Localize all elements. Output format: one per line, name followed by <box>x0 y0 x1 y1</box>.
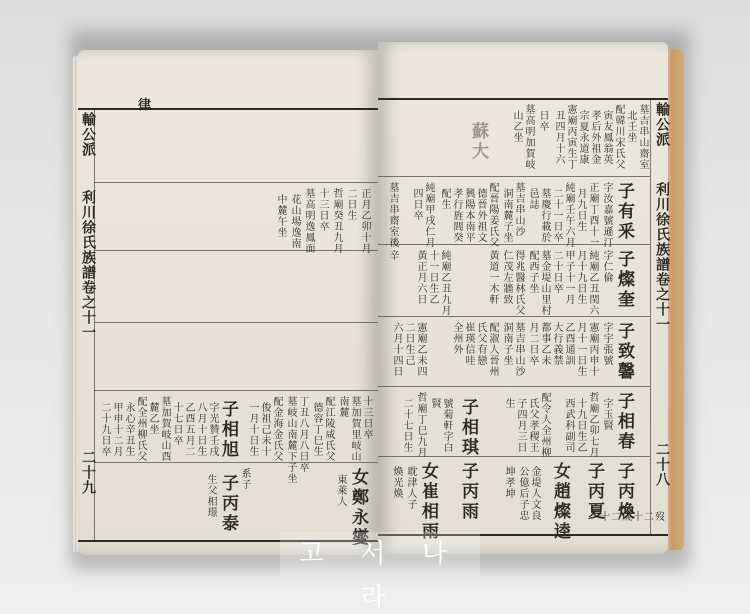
entry-text: 配金海金氏父 <box>270 396 282 462</box>
entry-text: 永心辛丑生 <box>122 402 134 457</box>
entry-text: 純廟乙丑閏六 <box>586 250 598 316</box>
entry-text: 月十一日生 <box>574 322 586 377</box>
entry-text: 乙酉五月二 <box>182 402 194 457</box>
entry-text: 配韓川宋氏父 <box>612 104 624 170</box>
watermark: 고 서 나 라 <box>280 532 480 576</box>
person-name: 子相旭 <box>218 400 237 460</box>
entry-text: 一月十日生 <box>246 402 258 457</box>
entry-text: 墓高明逸鳳面 <box>302 188 314 254</box>
person-name: 子燦奎 <box>614 250 633 310</box>
entry-text: 憲廟乙未四 <box>414 322 426 377</box>
entry-text: 月九日生 <box>574 188 586 232</box>
entry-text: 十三日卒 <box>360 396 372 440</box>
entry-text: 憲廟丙申十 <box>586 322 598 377</box>
entry-text: 墓吉串山沙 <box>512 182 524 237</box>
entry-text: 二十七日生 <box>400 398 412 453</box>
entry-text: 北壬坐 <box>624 110 636 143</box>
register-divider <box>94 462 378 463</box>
entry-text: 二十一日卒 <box>550 188 562 243</box>
entry-text: 甲子十一月 <box>562 250 574 305</box>
entry-text: 純廟甲戌仁月 <box>422 182 434 248</box>
register-divider <box>378 386 650 387</box>
entry-text: 氏父孝稷王 <box>526 398 538 453</box>
entry-text: 黃道一木軒 <box>486 250 498 305</box>
entry-text: 字仁倫 <box>600 250 612 283</box>
entry-text: 宗夏永道康 <box>576 110 588 165</box>
person-name: 子相春 <box>614 392 633 452</box>
top-border <box>378 98 668 100</box>
entry-text: 正廟丁酉十一 <box>586 182 598 248</box>
entry-text: 八月十日生 <box>194 402 206 457</box>
entry-text: 洞南子坐 <box>500 322 512 366</box>
entry-text: 南麓 <box>336 396 348 418</box>
entry-text: 山乙坐 <box>510 110 522 143</box>
register-divider <box>378 176 650 177</box>
entry-text: 月十九日生 <box>574 250 586 305</box>
entry-text: 二日生 <box>344 188 356 221</box>
person-name: 子致馨 <box>614 322 633 382</box>
register-divider <box>94 182 378 183</box>
entry-text: 公億后子忠 <box>516 466 528 521</box>
entry-text: 墓高明加賀岐 <box>522 104 534 170</box>
faded-text: 蘇大 <box>468 122 487 162</box>
entry-text: 哲廟乙卯七月 <box>586 392 598 458</box>
entry-text: 十三日卒 <box>316 188 328 232</box>
entry-text: 大行義禁 <box>550 322 562 366</box>
entry-text: 系子 <box>238 468 250 490</box>
entry-text: 興陽本南平 <box>462 188 474 243</box>
entry-text: 寅友鳳翁英 <box>600 110 612 165</box>
person-name: 子有釆 <box>614 182 633 242</box>
entry-text: 配西子坐 <box>526 250 538 294</box>
entry-text: 哲廟癸丑九月 <box>330 188 342 254</box>
entry-text: 哲廟丁巳九月 <box>414 392 426 458</box>
entry-text: 四日卒 <box>410 188 422 221</box>
spine-subtitle: 利川徐氏族譜卷之十一 <box>78 190 98 340</box>
page-number: 二十八 <box>652 442 672 487</box>
entry-text: 生父相璟 <box>204 474 216 518</box>
entry-text: 月二日卒 <box>526 322 538 366</box>
entry-text: 德晉外祖文 <box>474 188 486 243</box>
entry-text: 麓乙坐 <box>146 402 158 435</box>
entry-text: 仁茂左牆致 <box>500 250 512 305</box>
entry-text: 日卒 <box>536 110 548 132</box>
entry-text: 孝后外祖金 <box>588 110 600 165</box>
entry-text: 配江陵咸氏父 <box>322 396 334 462</box>
person-name: 女崔相雨 <box>418 462 437 542</box>
entry-text: 邑誌 <box>526 188 538 210</box>
open-book: 律 輸公派 利川徐氏族譜卷之十一 二十九 正月乙卯十月 二日生 哲廟癸丑九月 十… <box>72 42 684 562</box>
entry-text: 丑四月十六 <box>552 110 564 165</box>
header-mark: 律 <box>138 94 151 113</box>
entry-text: 墓金堤山里村 <box>538 250 550 316</box>
entry-text: 都事乙未 <box>538 322 550 366</box>
entry-text: 配令人全州柳 <box>538 392 550 458</box>
entry-text: 西武科副司 <box>562 398 574 453</box>
spine-title: 輸公派 <box>652 102 672 147</box>
entry-text: 坤孝坤 <box>502 466 514 499</box>
left-page: 律 輸公派 利川徐氏族譜卷之十一 二十九 正月乙卯十月 二日生 哲廟癸丑九月 十… <box>78 50 378 555</box>
person-name: 子相琪 <box>458 398 477 458</box>
person-name: 子丙泰 <box>218 474 237 534</box>
entry-text: 二日生己 <box>402 322 414 366</box>
entry-text: 配全州柳氏父 <box>134 396 146 462</box>
entry-text: 字光贊壬戌 <box>206 402 218 457</box>
entry-text: 得兆醫林氏父 <box>512 250 524 316</box>
entry-text: 乙酉通訓 <box>562 322 574 366</box>
entry-text: 六月十四日 <box>390 322 402 377</box>
person-name: 女趙燦逵 <box>550 462 569 542</box>
register-divider <box>94 322 378 323</box>
entry-text: 孝行旌閭癸 <box>450 188 462 243</box>
register-divider <box>378 316 650 317</box>
entry-text: 辛 <box>386 250 398 261</box>
spine-column-line <box>650 100 651 534</box>
entry-text: 十二歲十二歿 <box>600 512 666 524</box>
entry-text: 字汝嘉號遜汀 <box>600 182 612 248</box>
entry-text: 墓吉串山沙 <box>512 322 524 377</box>
entry-text: 配生 <box>438 188 450 210</box>
entry-text: 純廟乙丑九月 <box>438 250 450 316</box>
entry-text: 墓加賀里岐山 <box>348 396 360 462</box>
entry-text: 二十日卒 <box>550 250 562 294</box>
entry-text: 墓吉串齋室後 <box>386 182 398 248</box>
entry-text: 子四月三日 <box>514 398 526 453</box>
entry-text: 丁丑八月八日卒 <box>296 396 308 473</box>
entry-text: 金堤人文良 <box>528 466 540 521</box>
entry-text: 十一日生乙 <box>426 250 438 305</box>
page-number: 二十九 <box>78 450 98 495</box>
entry-text: 花山場逸南 <box>288 194 300 249</box>
entry-text: 正月乙卯十月 <box>358 188 370 254</box>
entry-text: 字宇張號 <box>600 322 612 366</box>
person-name: 子丙雨 <box>458 462 477 522</box>
entry-text: 德容丁巳生 <box>310 402 322 457</box>
entry-text: 洞南麓子坐 <box>500 188 512 243</box>
right-page: 輸公派 利川徐氏族譜卷之十一 二十八 墓吉串山齋室 北壬坐 配韓川宋氏父 寅友鳳… <box>378 42 668 554</box>
entry-text: 耽津人子 <box>404 466 416 510</box>
entry-text: 中麓午坐 <box>274 194 286 238</box>
entry-text: 煥光煥 <box>390 466 402 499</box>
entry-text: 俊祖己未十 <box>258 402 270 457</box>
entry-text: 十七日卒 <box>170 402 182 446</box>
entry-text: 十九日生乙 <box>574 398 586 453</box>
entry-text: 生 <box>502 398 514 409</box>
entry-text: 墓吉串山齋室 <box>636 104 648 170</box>
entry-text: 墓岐山南麓下子坐 <box>284 396 296 484</box>
entry-text: 墓慶行載於 <box>538 188 550 243</box>
entry-text: 憲廟丙寅生丁 <box>564 104 576 170</box>
spine-subtitle: 利川徐氏族譜卷之十一 <box>652 182 672 332</box>
entry-text: 東萊人 <box>334 474 346 507</box>
entry-text: 甲申十二月 <box>110 402 122 457</box>
top-border <box>78 108 378 110</box>
entry-text: 號菊軒字白 <box>440 398 452 453</box>
entry-text: 配晉陽姜氏父 <box>486 182 498 248</box>
entry-text: 氏父有戀 <box>474 322 486 366</box>
spine-title: 輸公派 <box>78 112 98 157</box>
entry-text: 墓加賀岐山酉 <box>158 396 170 462</box>
entry-text: 賢 <box>428 398 440 409</box>
entry-text: 崔瑛信哇 <box>462 322 474 366</box>
entry-text: 二十九日卒 <box>98 402 110 457</box>
register-divider <box>94 390 378 391</box>
entry-text: 黃正月六日 <box>414 250 426 305</box>
entry-text: 字玉賢 <box>600 398 612 431</box>
entry-text: 純廟壬午六月 <box>562 182 574 248</box>
entry-text: 全州外 <box>450 322 462 355</box>
entry-text: 配淑人晉州 <box>486 322 498 377</box>
